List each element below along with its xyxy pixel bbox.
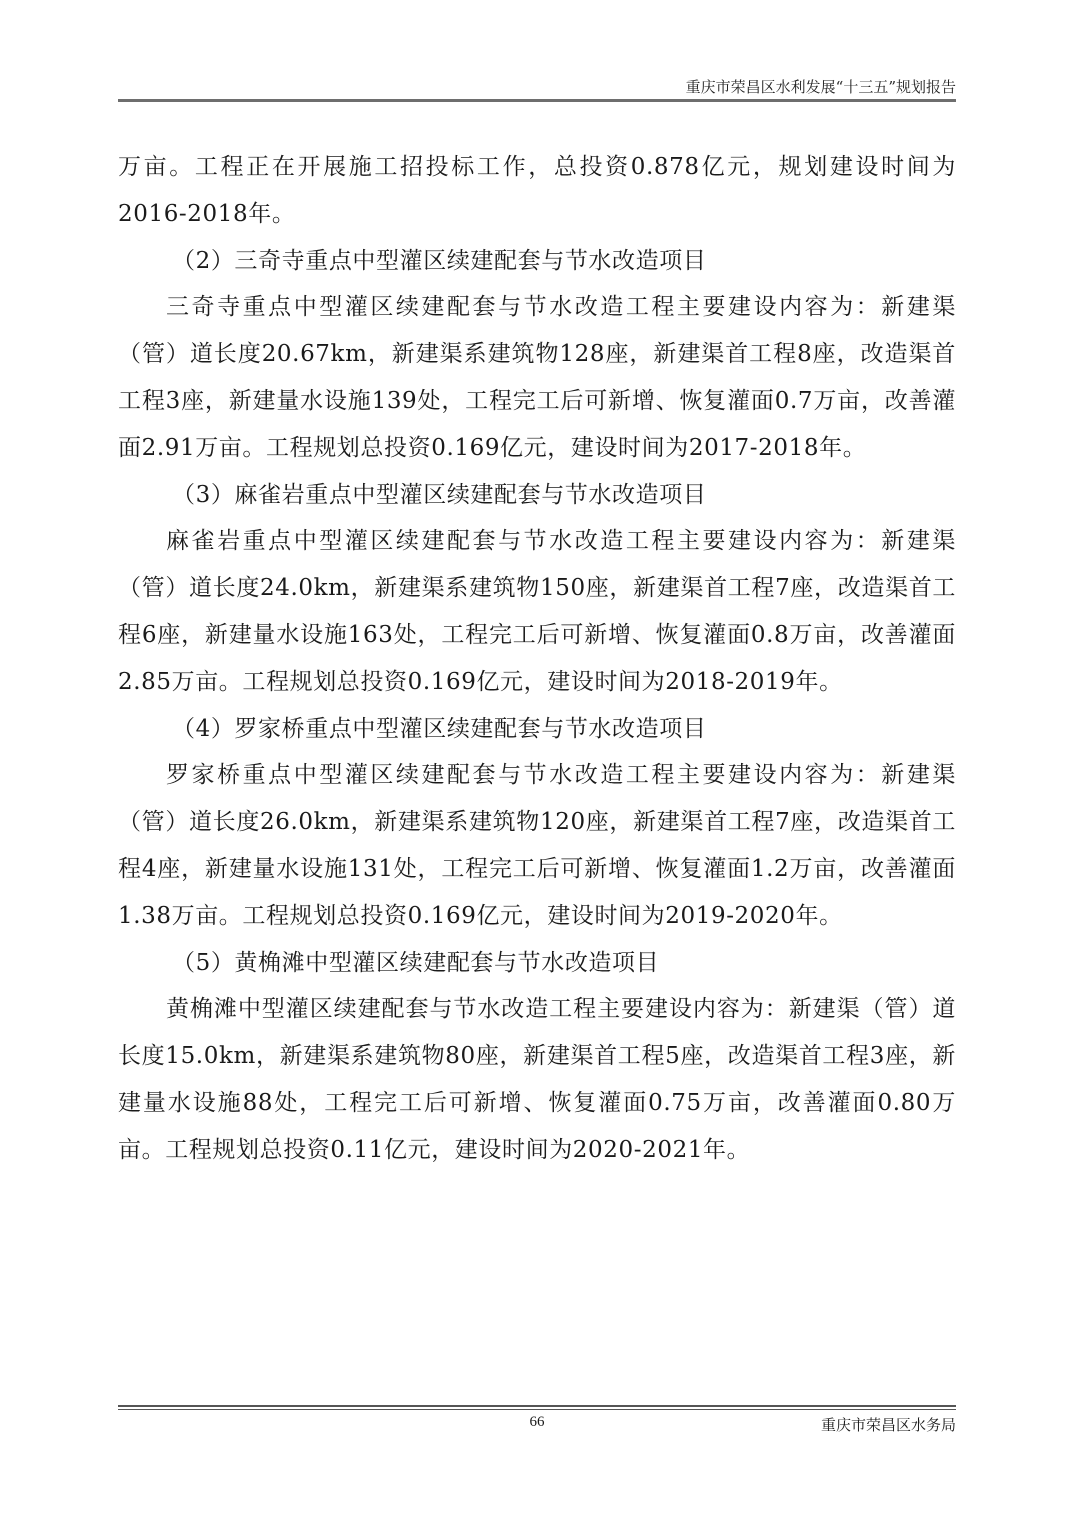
document-body: 万亩。工程正在开展施工招投标工作，总投资0.878亿元，规划建设时间为2016-… — [118, 144, 956, 1174]
section-heading-3: （3）麻雀岩重点中型灌区续建配套与节水改造项目 — [118, 472, 956, 519]
paragraph-sanqisi: 三奇寺重点中型灌区续建配套与节水改造工程主要建设内容为：新建渠（管）道长度20.… — [118, 284, 956, 471]
section-heading-2: （2）三奇寺重点中型灌区续建配套与节水改造项目 — [118, 238, 956, 285]
footer-divider-thin — [118, 1409, 956, 1410]
paragraph-maqueyan: 麻雀岩重点中型灌区续建配套与节水改造工程主要建设内容为：新建渠（管）道长度24.… — [118, 518, 956, 705]
paragraph-huangjuetan: 黄桷滩中型灌区续建配套与节水改造工程主要建设内容为：新建渠（管）道长度15.0k… — [118, 986, 956, 1173]
paragraph-luojiaqiao: 罗家桥重点中型灌区续建配套与节水改造工程主要建设内容为：新建渠（管）道长度26.… — [118, 752, 956, 939]
paragraph-continuation: 万亩。工程正在开展施工招投标工作，总投资0.878亿元，规划建设时间为2016-… — [118, 144, 956, 238]
footer-organization: 重庆市荣昌区水务局 — [118, 1414, 956, 1435]
section-heading-5: （5）黄桷滩中型灌区续建配套与节水改造项目 — [118, 940, 956, 987]
footer-divider-thick — [118, 1405, 956, 1407]
running-header: 重庆市荣昌区水利发展“十三五”规划报告 — [118, 76, 956, 97]
section-heading-4: （4）罗家桥重点中型灌区续建配套与节水改造项目 — [118, 706, 956, 753]
header-divider — [118, 99, 956, 102]
